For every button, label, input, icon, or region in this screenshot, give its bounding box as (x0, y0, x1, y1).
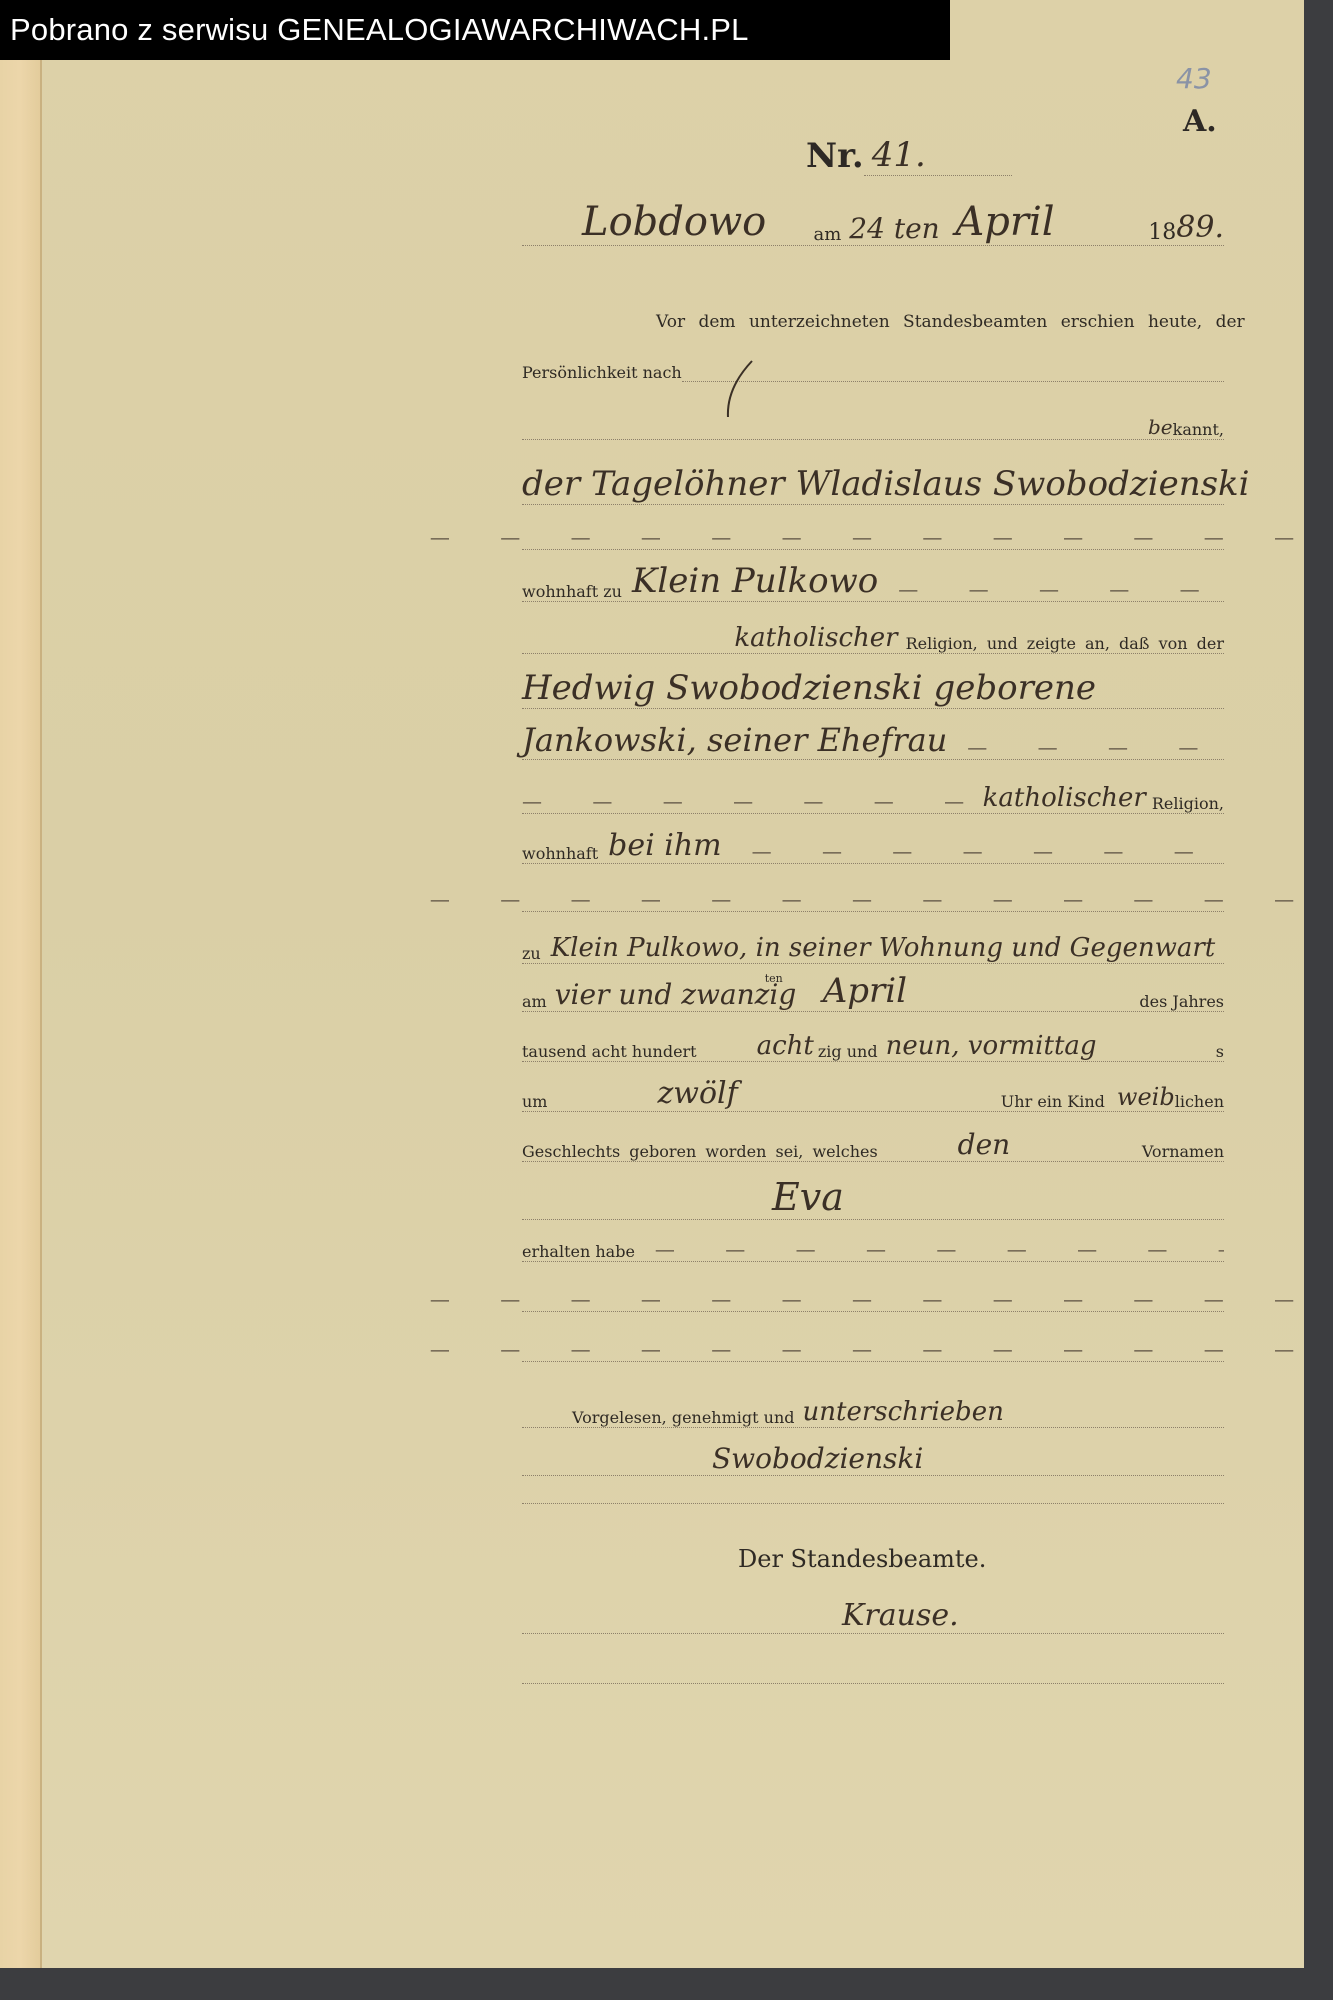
erhalten-label: erhalten habe (522, 1242, 635, 1261)
page-binding-edge (0, 0, 42, 1968)
sex-suffix: lichen (1175, 1092, 1224, 1111)
religion-2-print: Religion, (1152, 794, 1224, 813)
birth-day-value: vier und zwanzig (555, 978, 765, 1011)
registrar-signature-line: Krause. (522, 1590, 1224, 1634)
sex-value: weib (1117, 1083, 1175, 1111)
birth-month-value: April (823, 971, 1140, 1011)
birth-year-line: tausend acht hundert acht zig und neun, … (522, 1022, 1224, 1062)
des-jahres-label: des Jahres (1139, 992, 1224, 1011)
dash-filler: — — — — — — — — — — — — — (430, 525, 1316, 549)
blank-signature-line (522, 1480, 1224, 1504)
dash-filler: — — — — — — — — — — — — — (752, 839, 1224, 863)
dash-filler: — — — — — — — — — — — — — (522, 789, 983, 813)
wohnhaft-zu-label: wohnhaft zu (522, 582, 622, 601)
informant-signature: Swobodzienski (712, 1442, 923, 1475)
blank-bottom-line (522, 1660, 1224, 1684)
informant-signature-line: Swobodzienski (522, 1432, 1224, 1476)
tausend-label: tausend acht hundert (522, 1042, 697, 1061)
blank-dash-line-3: — — — — — — — — — — — — — (522, 1322, 1224, 1362)
uhr-kind-label: Uhr ein Kind (1001, 1092, 1105, 1111)
vorgelesen-line: Vorgelesen, genehmigt und unterschrieben (522, 1392, 1224, 1428)
informant-line: der Tagelöhner Wladislaus Swobodzienski (522, 455, 1224, 505)
geschlechts-line: Geschlechts geboren worden sei, welches … (522, 1122, 1224, 1162)
child-name-value: Eva (772, 1175, 844, 1219)
registrar-title: Der Standesbeamte. (738, 1545, 986, 1573)
mother-name-value: Hedwig Swobodzienski geborene (522, 668, 1096, 708)
hour-value: zwölf (657, 1076, 1000, 1111)
decade-value: acht (757, 1031, 814, 1061)
strike-curve (522, 399, 1148, 439)
religion-2-value: katholischer (983, 783, 1146, 813)
informant-value: der Tagelöhner Wladislaus Swobodzienski (522, 464, 1250, 504)
religion-1-print: Religion, und zeigte an, daß von der (906, 634, 1224, 653)
record-number-value: 41. (864, 135, 1012, 176)
registrar-signature: Krause. (842, 1598, 959, 1633)
bekannt-hand-prefix: be (1148, 415, 1173, 439)
blank-dash-line: — — — — — — — — — — — — — (522, 872, 1224, 912)
date-month-value: April (955, 199, 1148, 245)
ten-suffix: ten (765, 972, 783, 985)
record-number: Nr. 41. (806, 135, 1012, 176)
year-suffix: 89. (1176, 210, 1224, 245)
wohnhaft-line: wohnhaft bei ihm — — — — — — — — — — — —… (522, 822, 1224, 864)
dash-filler: — — — — — — — — — — — — — (430, 1287, 1316, 1311)
religion-1-value: katholischer (734, 623, 897, 653)
zu-line: zu Klein Pulkowo, in seiner Wohnung und … (522, 922, 1224, 964)
mother-line-2: Jankowski, seiner Ehefrau — — — — — — — … (522, 718, 1224, 760)
dash-filler: — — — — — — — — — — — — — (655, 1237, 1224, 1261)
bekannt-line: be kannt, (522, 400, 1224, 440)
zu-value: Klein Pulkowo, in seiner Wohnung und Geg… (551, 933, 1216, 963)
zu-label: zu (522, 944, 541, 963)
record-number-label: Nr. (806, 136, 864, 176)
place-value: Lobdowo (582, 199, 813, 245)
place-date-line: Lobdowo am 24 ten April 18 89. (522, 200, 1224, 246)
den-value: den (958, 1128, 1142, 1161)
s-suffix: s (1216, 1042, 1224, 1061)
vornamen-label: Vornamen (1142, 1142, 1224, 1161)
year-time-value: neun, vormittag (886, 1031, 1216, 1061)
wohnhaft-label: wohnhaft (522, 844, 598, 863)
dash-filler: — — — — — — — — — — — — — (430, 887, 1316, 911)
watermark-banner: Pobrano z serwisu GENEALOGIAWARCHIWACH.P… (0, 0, 950, 60)
wohnhaft-zu-line: wohnhaft zu Klein Pulkowo — — — — — — — … (522, 560, 1224, 602)
birth-date-line: am vier und zwanzig ten April des Jahres (522, 972, 1224, 1012)
folio-number: 43 (1176, 62, 1212, 95)
religion-line-1: katholischer Religion, und zeigte an, da… (522, 612, 1224, 654)
dash-filler: — — — — — — — — — — — — — (967, 735, 1224, 759)
bekannt-print-suffix: kannt, (1173, 420, 1224, 439)
wohnhaft-zu-value: Klein Pulkowo (632, 561, 878, 601)
mother-maiden-value: Jankowski, seiner Ehefrau (522, 721, 947, 759)
child-name-line: Eva (522, 1172, 1224, 1220)
year-prefix: 18 (1148, 220, 1176, 245)
geschlechts-label: Geschlechts geboren worden sei, welches (522, 1142, 878, 1161)
am-label: am (522, 992, 547, 1011)
um-label: um (522, 1092, 547, 1111)
religion-line-2: — — — — — — — — — — — — — katholischer R… (522, 772, 1224, 814)
birth-time-line: um zwölf Uhr ein Kind weib lichen (522, 1072, 1224, 1112)
date-day-value: 24 ten (849, 212, 955, 245)
form-letter: A. (1183, 104, 1217, 139)
informant-dash-line: — — — — — — — — — — — — — (522, 510, 1224, 550)
erhalten-line: erhalten habe — — — — — — — — — — — — — (522, 1222, 1224, 1262)
zig-und-label: zig und (818, 1042, 878, 1061)
dash-filler: — — — — — — — — — — — — — (898, 577, 1224, 601)
blank-dash-line-2: — — — — — — — — — — — — — (522, 1272, 1224, 1312)
vorgelesen-value: unterschrieben (803, 1397, 1004, 1427)
date-am-label: am (813, 224, 841, 245)
vorgelesen-label: Vorgelesen, genehmigt und (572, 1408, 795, 1427)
persoenlichkeit-label: Persönlichkeit nach (522, 363, 682, 382)
strikeout-stroke-icon (722, 357, 1282, 417)
wohnhaft-value: bei ihm (608, 828, 721, 863)
intro-text: Vor dem unterzeichneten Standesbeamten e… (656, 312, 1245, 332)
mother-line-1: Hedwig Swobodzienski geborene (522, 665, 1224, 709)
dash-filler: — — — — — — — — — — — — — (430, 1337, 1316, 1361)
